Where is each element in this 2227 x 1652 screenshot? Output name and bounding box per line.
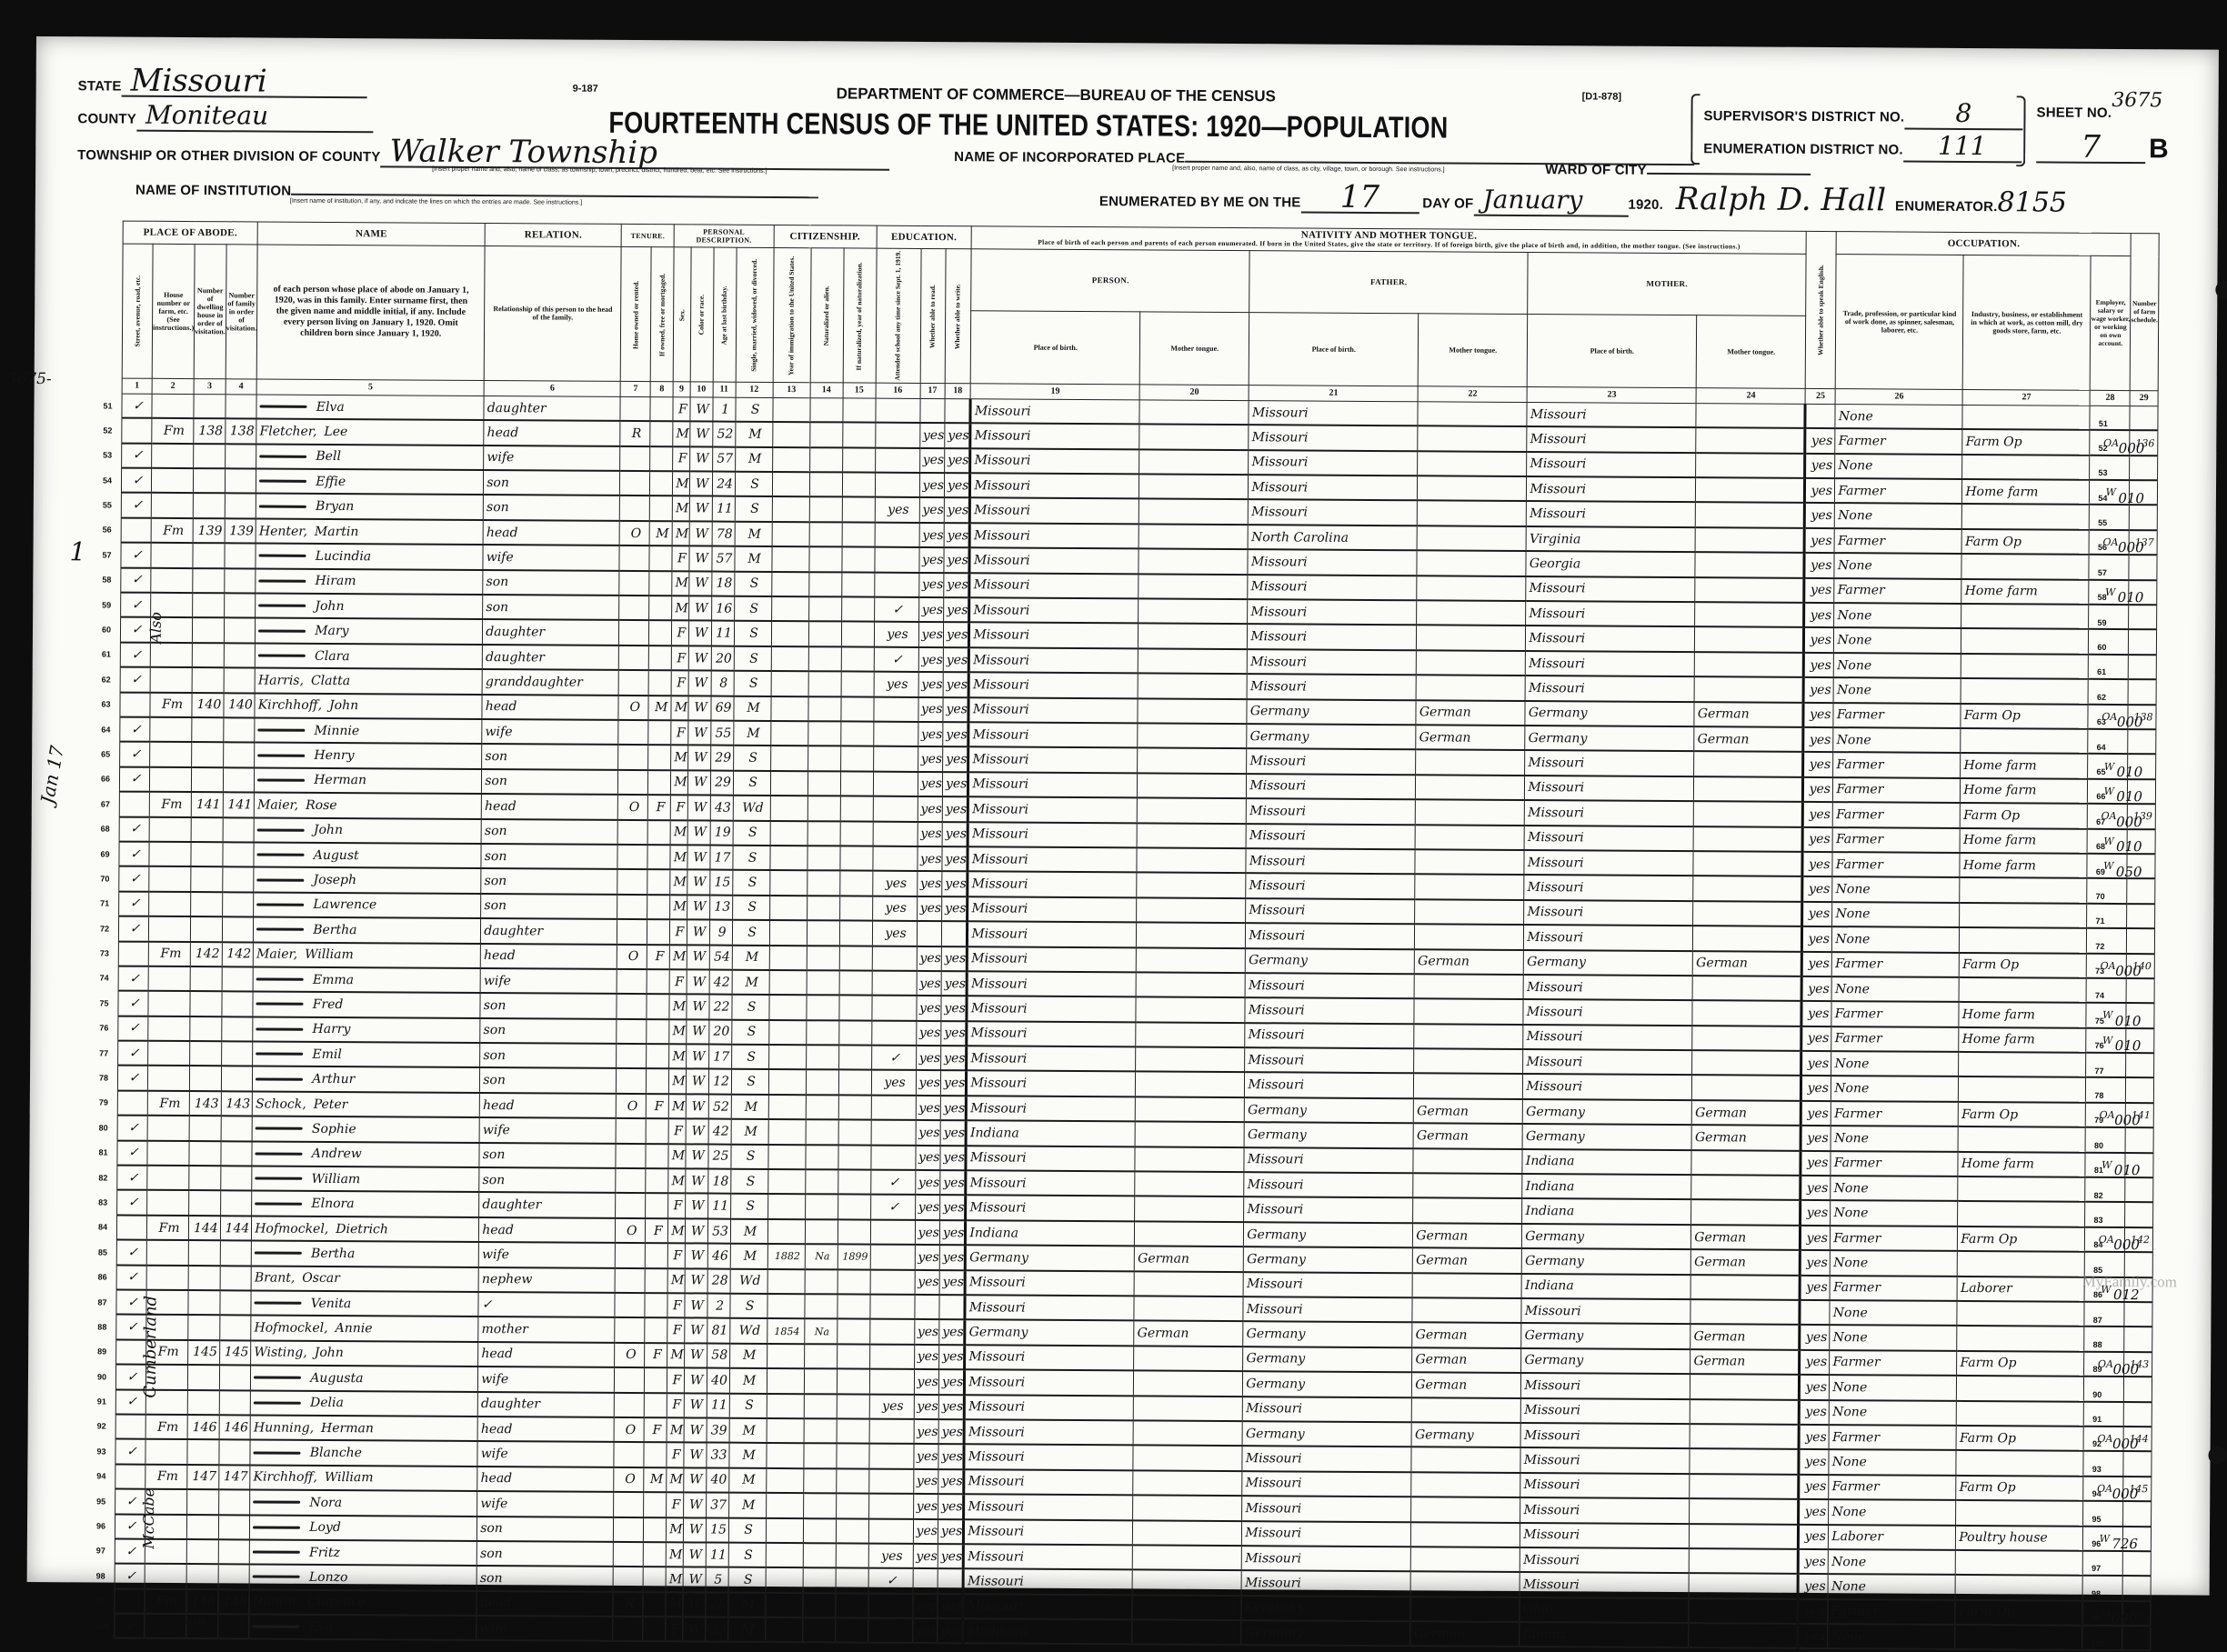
name-cell: Delia bbox=[250, 1390, 477, 1417]
own-cell bbox=[620, 446, 650, 472]
day-of-label: DAY OF bbox=[1422, 195, 1473, 211]
col-6-header: Relationship of this person to the head … bbox=[484, 246, 621, 382]
tongue-cell bbox=[1139, 624, 1248, 649]
natyr-cell bbox=[839, 921, 872, 946]
column-number: 21 bbox=[1249, 385, 1418, 402]
age-cell: 2 bbox=[707, 1294, 729, 1319]
name-cell: Hunning,Herman bbox=[250, 1415, 477, 1441]
department-line: DEPARTMENT OF COMMERCE—BUREAU OF THE CEN… bbox=[837, 85, 1276, 105]
line-number-right: 80 bbox=[2094, 1141, 2103, 1150]
given-name: Delia bbox=[310, 1396, 344, 1410]
trade-cell: Farmer bbox=[1828, 1599, 1955, 1625]
name-cell: Fritz bbox=[249, 1539, 476, 1566]
sex-cell: F bbox=[670, 795, 687, 820]
sex-cell: M bbox=[670, 895, 687, 920]
district-bracket-right bbox=[2016, 95, 2025, 166]
rel-cell: son bbox=[481, 894, 617, 919]
imm-cell bbox=[771, 671, 808, 696]
side-note-also: Also bbox=[147, 612, 165, 644]
industry-cell bbox=[1957, 1400, 2084, 1426]
age-cell: 78 bbox=[712, 521, 735, 546]
name-cell: Lonzo bbox=[249, 1565, 476, 1591]
c4-cell bbox=[218, 1489, 250, 1515]
mpob-cell: Germany bbox=[1525, 701, 1694, 727]
c2-cell bbox=[151, 468, 193, 494]
emp-cell bbox=[2085, 1127, 2125, 1153]
mpob-cell: Missouri bbox=[1524, 875, 1693, 901]
write-cell: yes bbox=[938, 1519, 964, 1545]
mpob-cell: Virginia bbox=[1526, 526, 1695, 553]
street-cell bbox=[116, 1215, 146, 1240]
surname: Maier, bbox=[256, 947, 297, 962]
read-cell: yes bbox=[918, 821, 943, 846]
mort-cell bbox=[643, 1592, 666, 1617]
mtongue-cell bbox=[1695, 602, 1804, 627]
trade-cell: None bbox=[1830, 1325, 1957, 1350]
age-cell: 20 bbox=[708, 1019, 731, 1045]
mar-cell: S bbox=[728, 1517, 766, 1543]
street-cell: ✓ bbox=[115, 1564, 145, 1589]
c4-cell bbox=[223, 767, 255, 793]
farm-cell bbox=[2129, 605, 2157, 630]
imm-cell bbox=[767, 1269, 805, 1295]
mtongue-cell bbox=[1696, 453, 1805, 478]
age-cell: 15 bbox=[709, 870, 732, 896]
read-cell: yes bbox=[913, 1494, 938, 1519]
given-name: Henry bbox=[314, 748, 354, 763]
line-number-right: 66 bbox=[2096, 792, 2105, 801]
write-cell: yes bbox=[938, 1594, 964, 1619]
rel-cell: son bbox=[477, 1516, 614, 1541]
tongue-cell bbox=[1137, 847, 1246, 873]
given-name: Loyd bbox=[309, 1520, 341, 1535]
c2-cell bbox=[147, 1066, 189, 1091]
emp-cell bbox=[2083, 1451, 2123, 1477]
industry-cell bbox=[1959, 977, 2086, 1003]
mar-cell: S bbox=[732, 920, 769, 946]
trade-cell: None bbox=[1835, 405, 1962, 430]
line-numbers: 5151525200053535454010555556560005757585… bbox=[36, 36, 2219, 50]
c3-cell bbox=[187, 1439, 219, 1465]
line-number: 74 bbox=[100, 974, 109, 983]
sex-cell: F bbox=[673, 397, 690, 422]
form-number: 9-187 bbox=[573, 84, 598, 95]
sex-cell: M bbox=[667, 1467, 684, 1493]
column-number: 6 bbox=[484, 380, 620, 396]
mort-cell bbox=[647, 1069, 669, 1095]
farm-cell bbox=[2129, 655, 2157, 680]
pob-cell: Missouri bbox=[968, 846, 1137, 873]
fpob-cell: Missouri bbox=[1247, 674, 1416, 700]
own-cell bbox=[617, 994, 647, 1019]
line-number: 77 bbox=[99, 1048, 108, 1057]
ward-field: WARD OF CITY bbox=[1545, 162, 1811, 180]
line-number-right: 98 bbox=[2092, 1589, 2101, 1598]
col-2-header: House number or farm, etc. (See instruct… bbox=[152, 244, 195, 378]
line-number-right: 76 bbox=[2095, 1041, 2104, 1050]
line-number: 99 bbox=[95, 1597, 105, 1606]
natyr-cell bbox=[837, 1418, 869, 1444]
name-cell: Hofmockel,Dietrich bbox=[252, 1216, 479, 1242]
nat-cell bbox=[809, 497, 842, 523]
line-number: 67 bbox=[101, 799, 110, 808]
group-person: PERSON. bbox=[971, 249, 1249, 313]
industry-cell bbox=[1961, 554, 2089, 579]
pob-cell: Missouri bbox=[970, 473, 1139, 499]
mort-cell bbox=[648, 746, 671, 771]
c4-cell bbox=[220, 1191, 252, 1216]
col-15-header: If naturalized, year of naturalization. bbox=[843, 248, 877, 383]
race-cell: W bbox=[684, 1368, 707, 1394]
write-cell: yes bbox=[945, 448, 971, 474]
state-value: Missouri bbox=[122, 66, 367, 99]
sex-cell: F bbox=[671, 720, 688, 746]
column-number: 24 bbox=[1696, 388, 1805, 405]
mtongue-cell bbox=[1696, 503, 1805, 528]
trade-cell: None bbox=[1830, 1400, 1957, 1426]
tongue-cell bbox=[1136, 1096, 1245, 1122]
col-5-header: of each person whose place of abode on J… bbox=[256, 245, 485, 380]
age-cell: 57 bbox=[712, 446, 735, 472]
c2-cell bbox=[150, 742, 192, 767]
age-cell: 11 bbox=[711, 621, 734, 646]
ftongue-cell bbox=[1412, 1273, 1521, 1298]
write-cell bbox=[939, 1295, 966, 1320]
farm-cell bbox=[2127, 904, 2155, 929]
county-field: COUNTYMoniteau bbox=[77, 100, 373, 133]
line-number: 59 bbox=[102, 600, 111, 609]
mort-cell bbox=[644, 1517, 667, 1543]
eng-cell: yes bbox=[1802, 902, 1832, 927]
c4-cell: 147 bbox=[218, 1465, 250, 1490]
line-number-right: 92 bbox=[2092, 1439, 2102, 1448]
school-cell: yes bbox=[871, 1070, 916, 1096]
sex-cell: M bbox=[671, 770, 688, 796]
mpob-cell: Ohio bbox=[1520, 1597, 1689, 1624]
mpob-cell: Missouri bbox=[1524, 826, 1693, 852]
mtongue-cell: German bbox=[1692, 1100, 1801, 1126]
race-cell: W bbox=[687, 770, 710, 796]
race-cell: W bbox=[688, 671, 711, 696]
sex-cell: M bbox=[669, 995, 687, 1020]
tongue-cell bbox=[1139, 549, 1248, 575]
pob-cell: Missouri bbox=[970, 424, 1139, 450]
race-cell: W bbox=[688, 571, 711, 596]
given-name: Herman bbox=[314, 773, 366, 787]
mar-cell: M bbox=[731, 1095, 768, 1120]
rel-cell: son bbox=[476, 1541, 613, 1567]
industry-cell bbox=[1961, 678, 2088, 704]
line-number-right: 79 bbox=[2094, 1116, 2103, 1125]
name-cell: Elva bbox=[256, 395, 484, 420]
line-number: 97 bbox=[96, 1547, 105, 1556]
district-bracket-left bbox=[1690, 94, 1700, 165]
industry-cell bbox=[1962, 504, 2090, 529]
c3-cell bbox=[190, 1041, 222, 1066]
pob-cell: Missouri bbox=[969, 597, 1139, 624]
mtongue-cell bbox=[1690, 1548, 1799, 1574]
line-number: 96 bbox=[96, 1521, 105, 1530]
line-number: 93 bbox=[96, 1447, 105, 1456]
mtongue-cell bbox=[1695, 577, 1804, 603]
c3-cell bbox=[191, 892, 223, 917]
trade-cell: None bbox=[1828, 1624, 1955, 1649]
sex-cell: F bbox=[667, 1393, 684, 1418]
fpob-cell: Missouri bbox=[1243, 1272, 1412, 1298]
sex-cell: F bbox=[666, 1617, 683, 1642]
mtongue-cell: German bbox=[1694, 726, 1803, 752]
pob-cell: Missouri bbox=[965, 1270, 1134, 1297]
given-name: Annie bbox=[336, 1321, 373, 1336]
ftongue-cell bbox=[1417, 526, 1526, 551]
eng-cell: yes bbox=[1798, 1599, 1828, 1625]
col-9-header: Sex. bbox=[673, 247, 690, 382]
sex-cell: M bbox=[667, 1517, 684, 1543]
mtongue-cell bbox=[1693, 851, 1802, 876]
line-number: 68 bbox=[101, 825, 110, 834]
rel-cell: wife bbox=[479, 1117, 616, 1143]
mort-cell bbox=[645, 1243, 667, 1268]
rel-cell: son bbox=[481, 819, 617, 845]
imm-cell bbox=[769, 970, 807, 996]
race-cell: W bbox=[688, 646, 711, 671]
sex-cell: M bbox=[672, 596, 689, 621]
name-cell: Clara bbox=[255, 643, 482, 669]
read-cell: yes bbox=[918, 672, 944, 697]
eng-cell: yes bbox=[1801, 1001, 1831, 1026]
c4-cell: 138 bbox=[225, 419, 256, 445]
nat-cell bbox=[808, 671, 841, 696]
race-cell: W bbox=[682, 1592, 705, 1617]
pob-cell: Missouri bbox=[969, 573, 1139, 599]
race-cell: W bbox=[685, 1194, 707, 1219]
school-cell bbox=[873, 771, 918, 796]
eng-cell: yes bbox=[1798, 1624, 1828, 1649]
mtongue-cell: German bbox=[1691, 1125, 1801, 1150]
nat-cell bbox=[807, 871, 839, 896]
school-cell bbox=[869, 1344, 914, 1369]
pob-cell: Missouri bbox=[965, 1369, 1134, 1396]
school-cell bbox=[871, 1095, 916, 1120]
given-name: Lawrence bbox=[313, 897, 376, 912]
imm-cell bbox=[772, 472, 809, 497]
school-cell bbox=[872, 846, 917, 872]
mort-cell: F bbox=[647, 945, 669, 970]
ftongue-cell: Germany bbox=[1411, 1422, 1520, 1447]
mpob-cell: Missouri bbox=[1527, 452, 1696, 478]
name-cell: Hiram bbox=[256, 568, 483, 595]
trade-cell: None bbox=[1835, 504, 1962, 529]
ftongue-cell bbox=[1417, 551, 1526, 576]
ftongue-cell bbox=[1414, 1074, 1523, 1099]
race-cell: W bbox=[684, 1293, 707, 1318]
imm-cell bbox=[770, 746, 808, 771]
mtongue-cell bbox=[1695, 627, 1804, 653]
street-cell: ✓ bbox=[122, 394, 152, 418]
street-cell: ✓ bbox=[116, 1265, 146, 1290]
industry-cell bbox=[1957, 1376, 2084, 1401]
imm-cell bbox=[767, 1219, 805, 1245]
col-29-header: Number of farm schedule. bbox=[2131, 234, 2159, 391]
col-7-header: Home owned or rented. bbox=[620, 246, 651, 381]
mpob-cell: Germany bbox=[1521, 1323, 1690, 1349]
rel-cell: mother bbox=[478, 1317, 615, 1342]
year-label: 1920. bbox=[1628, 197, 1663, 213]
fpob-cell: Missouri bbox=[1247, 774, 1416, 800]
stamp-note: 3675- bbox=[7, 370, 52, 388]
line-number-right: 95 bbox=[2092, 1514, 2101, 1523]
name-cell: Loyd bbox=[250, 1515, 477, 1541]
sex-cell: F bbox=[667, 1318, 685, 1344]
write-cell: yes bbox=[942, 822, 968, 847]
sex-cell: M bbox=[667, 1268, 685, 1294]
c3-cell bbox=[190, 966, 222, 992]
industry-cell: Farm Op bbox=[1958, 1226, 2085, 1252]
own-cell bbox=[618, 720, 648, 746]
pob-cell: Missouri bbox=[969, 623, 1139, 649]
rel-cell: daughter bbox=[477, 1392, 614, 1417]
imm-cell bbox=[767, 1368, 804, 1394]
tongue-cell bbox=[1139, 449, 1249, 475]
tongue-cell bbox=[1136, 1022, 1245, 1047]
emp-cell bbox=[2089, 605, 2129, 630]
industry-cell: Home farm bbox=[1958, 1152, 2085, 1177]
mtongue-cell bbox=[1695, 552, 1804, 577]
eng-cell: yes bbox=[1801, 1126, 1831, 1151]
given-name: William bbox=[325, 1470, 374, 1485]
col-1-header: Street, avenue, road, etc. bbox=[122, 244, 153, 378]
farm-cell bbox=[2124, 1402, 2152, 1427]
write-cell: yes bbox=[938, 1395, 965, 1420]
mpob-cell: Missouri bbox=[1520, 1547, 1690, 1574]
natyr-cell: 1899 bbox=[838, 1245, 870, 1270]
own-cell bbox=[617, 1068, 647, 1094]
c4-cell bbox=[221, 1016, 253, 1042]
fpob-cell: Missouri bbox=[1245, 1073, 1414, 1099]
pob-cell: Indiana bbox=[966, 1220, 1135, 1247]
trade-cell: None bbox=[1831, 1051, 1959, 1076]
imm-cell bbox=[768, 1095, 806, 1120]
tongue-cell bbox=[1132, 1619, 1241, 1645]
read-cell: yes bbox=[916, 1120, 941, 1146]
county-label: COUNTY bbox=[77, 111, 136, 126]
age-cell: 9 bbox=[709, 920, 732, 946]
school-cell bbox=[873, 722, 918, 747]
natyr-cell bbox=[836, 1494, 868, 1519]
fpob-cell: Missouri bbox=[1248, 625, 1417, 651]
line-number: 73 bbox=[100, 949, 109, 958]
mpob-cell: Germany bbox=[1522, 1248, 1691, 1275]
ftongue-cell bbox=[1413, 1173, 1522, 1198]
column-number: 5 bbox=[256, 379, 484, 396]
name-cell: Bell bbox=[256, 444, 484, 470]
pob-cell: Germany bbox=[966, 1245, 1135, 1271]
school-cell: yes bbox=[872, 871, 917, 896]
line-number: 90 bbox=[97, 1372, 106, 1381]
age-cell: 58 bbox=[707, 1343, 729, 1368]
col-21-header: Place of birth. bbox=[1249, 313, 1419, 386]
write-cell: yes bbox=[938, 1469, 965, 1495]
rel-cell: head bbox=[479, 1217, 616, 1243]
mar-cell: M bbox=[734, 546, 771, 572]
mort-cell: M bbox=[649, 521, 672, 546]
mort-cell bbox=[649, 596, 672, 621]
tongue-cell bbox=[1138, 723, 1247, 748]
tongue-cell bbox=[1135, 1196, 1244, 1222]
school-cell bbox=[872, 946, 917, 971]
mar-cell: S bbox=[732, 895, 769, 920]
name-cell: William bbox=[252, 1166, 479, 1193]
name-cell: August bbox=[254, 842, 481, 868]
mpob-cell: Missouri bbox=[1520, 1497, 1690, 1524]
own-cell bbox=[616, 1168, 646, 1194]
c3-cell: 139 bbox=[193, 518, 225, 544]
natyr-cell bbox=[838, 1120, 871, 1146]
group-citizenship: CITIZENSHIP. bbox=[774, 225, 877, 248]
imm-cell bbox=[768, 1069, 806, 1095]
line-number: 86 bbox=[98, 1273, 107, 1282]
age-cell: 33 bbox=[706, 1443, 728, 1468]
c4-cell bbox=[220, 1290, 252, 1316]
street-cell: ✓ bbox=[120, 742, 150, 767]
given-name: William bbox=[305, 947, 354, 962]
own-cell bbox=[616, 1118, 646, 1144]
enumeration-date-field: ENUMERATED BY ME ON THE17 DAY OFJanuary1… bbox=[1099, 181, 2067, 219]
c3-cell: 147 bbox=[187, 1465, 219, 1490]
sex-cell: F bbox=[672, 546, 689, 572]
fpob-cell: North Carolina bbox=[1248, 525, 1417, 551]
mtongue-cell: German bbox=[1690, 1349, 1800, 1375]
read-cell: yes bbox=[913, 1518, 938, 1544]
read-cell: yes bbox=[918, 697, 943, 723]
occupation-code: 010 bbox=[2114, 1162, 2141, 1178]
rel-cell: son bbox=[480, 993, 617, 1018]
day-value: 17 bbox=[1300, 182, 1419, 214]
street-cell: ✓ bbox=[118, 1016, 148, 1041]
eng-cell: yes bbox=[1803, 752, 1833, 777]
write-cell: yes bbox=[941, 1021, 968, 1046]
line-number-right: 51 bbox=[2099, 419, 2108, 428]
line-number: 52 bbox=[103, 426, 112, 435]
ftongue-cell bbox=[1418, 402, 1527, 427]
own-cell bbox=[617, 819, 647, 845]
own-cell bbox=[617, 895, 647, 920]
side-note-mccabe: McCabe bbox=[140, 1488, 157, 1549]
trade-cell: None bbox=[1834, 628, 1961, 654]
emp-cell bbox=[2086, 978, 2126, 1004]
rel-cell: wife bbox=[477, 1441, 614, 1467]
c2-cell bbox=[145, 1564, 186, 1589]
race-cell: W bbox=[686, 1069, 708, 1095]
imm-cell bbox=[767, 1294, 804, 1319]
ftongue-cell bbox=[1417, 626, 1526, 651]
own-cell bbox=[615, 1317, 645, 1343]
trade-cell: None bbox=[1833, 727, 1961, 753]
fpob-cell: Missouri bbox=[1245, 973, 1414, 999]
industry-cell: Farm Op bbox=[1961, 704, 2088, 729]
age-cell: 13 bbox=[709, 895, 732, 920]
mtongue-cell bbox=[1694, 676, 1803, 702]
c4-cell bbox=[225, 494, 256, 519]
imm-cell bbox=[770, 721, 808, 746]
eng-cell: yes bbox=[1802, 951, 1832, 976]
mtongue-cell bbox=[1692, 1076, 1801, 1101]
col-24-header: Mother tongue. bbox=[1697, 315, 1806, 388]
trade-cell: Farmer bbox=[1833, 752, 1961, 777]
mpob-cell: Missouri bbox=[1520, 1473, 1690, 1499]
c3-cell bbox=[192, 767, 224, 793]
pob-cell: Missouri bbox=[963, 1569, 1132, 1596]
